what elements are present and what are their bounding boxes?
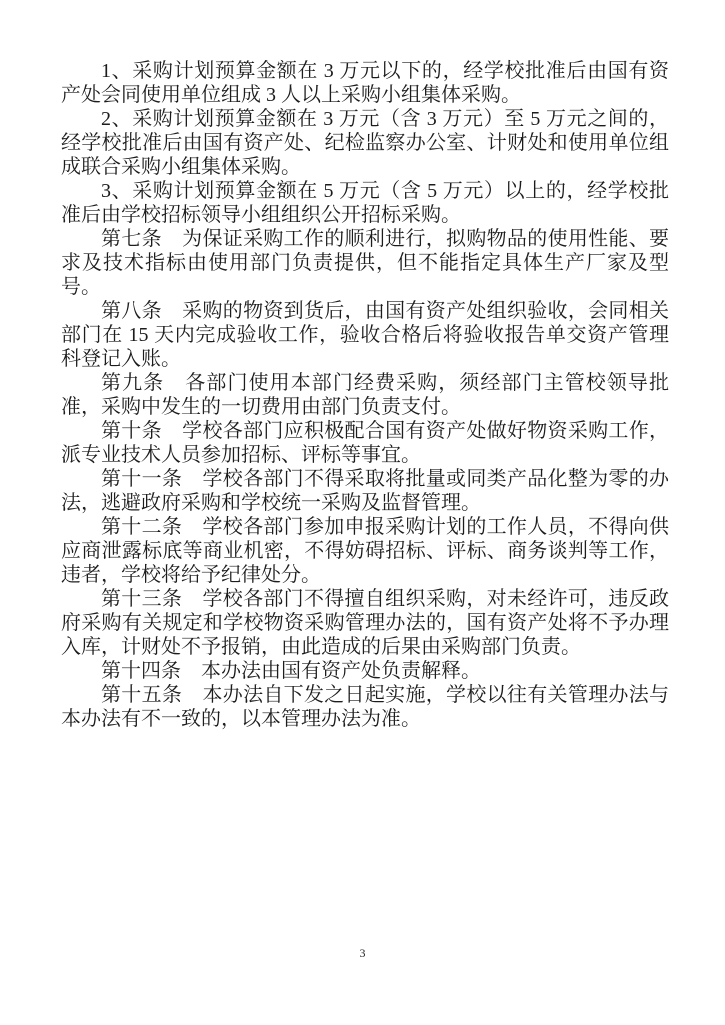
paragraph-article-14: 第十四条 本办法由国有资产处负责解释。 bbox=[61, 659, 669, 683]
document-body: 1、采购计划预算金额在 3 万元以下的，经学校批准后由国有资产处会同使用单位组成… bbox=[61, 59, 669, 731]
paragraph-article-11: 第十一条 学校各部门不得采取将批量或同类产品化整为零的办法，逃避政府采购和学校统… bbox=[61, 467, 669, 515]
paragraph-article-13: 第十三条 学校各部门不得擅自组织采购，对未经许可，违反政府采购有关规定和学校物资… bbox=[61, 587, 669, 659]
paragraph-article-7: 第七条 为保证采购工作的顺利进行，拟购物品的使用性能、要求及技术指标由使用部门负… bbox=[61, 227, 669, 299]
paragraph-article-15: 第十五条 本办法自下发之日起实施，学校以往有关管理办法与本办法有不一致的，以本管… bbox=[61, 683, 669, 731]
paragraph-article-9: 第九条 各部门使用本部门经费采购，须经部门主管校领导批准，采购中发生的一切费用由… bbox=[61, 371, 669, 419]
paragraph-article-8: 第八条 采购的物资到货后，由国有资产处组织验收，会同相关部门在 15 天内完成验… bbox=[61, 299, 669, 371]
paragraph-article-12: 第十二条 学校各部门参加申报采购计划的工作人员，不得向供应商泄露标底等商业机密，… bbox=[61, 515, 669, 587]
page-number: 3 bbox=[0, 945, 725, 961]
paragraph-item-1: 1、采购计划预算金额在 3 万元以下的，经学校批准后由国有资产处会同使用单位组成… bbox=[61, 59, 669, 107]
paragraph-item-2: 2、采购计划预算金额在 3 万元（含 3 万元）至 5 万元之间的，经学校批准后… bbox=[61, 107, 669, 179]
paragraph-item-3: 3、采购计划预算金额在 5 万元（含 5 万元）以上的，经学校批准后由学校招标领… bbox=[61, 179, 669, 227]
document-page: 1、采购计划预算金额在 3 万元以下的，经学校批准后由国有资产处会同使用单位组成… bbox=[0, 0, 725, 1025]
paragraph-article-10: 第十条 学校各部门应积极配合国有资产处做好物资采购工作，派专业技术人员参加招标、… bbox=[61, 419, 669, 467]
